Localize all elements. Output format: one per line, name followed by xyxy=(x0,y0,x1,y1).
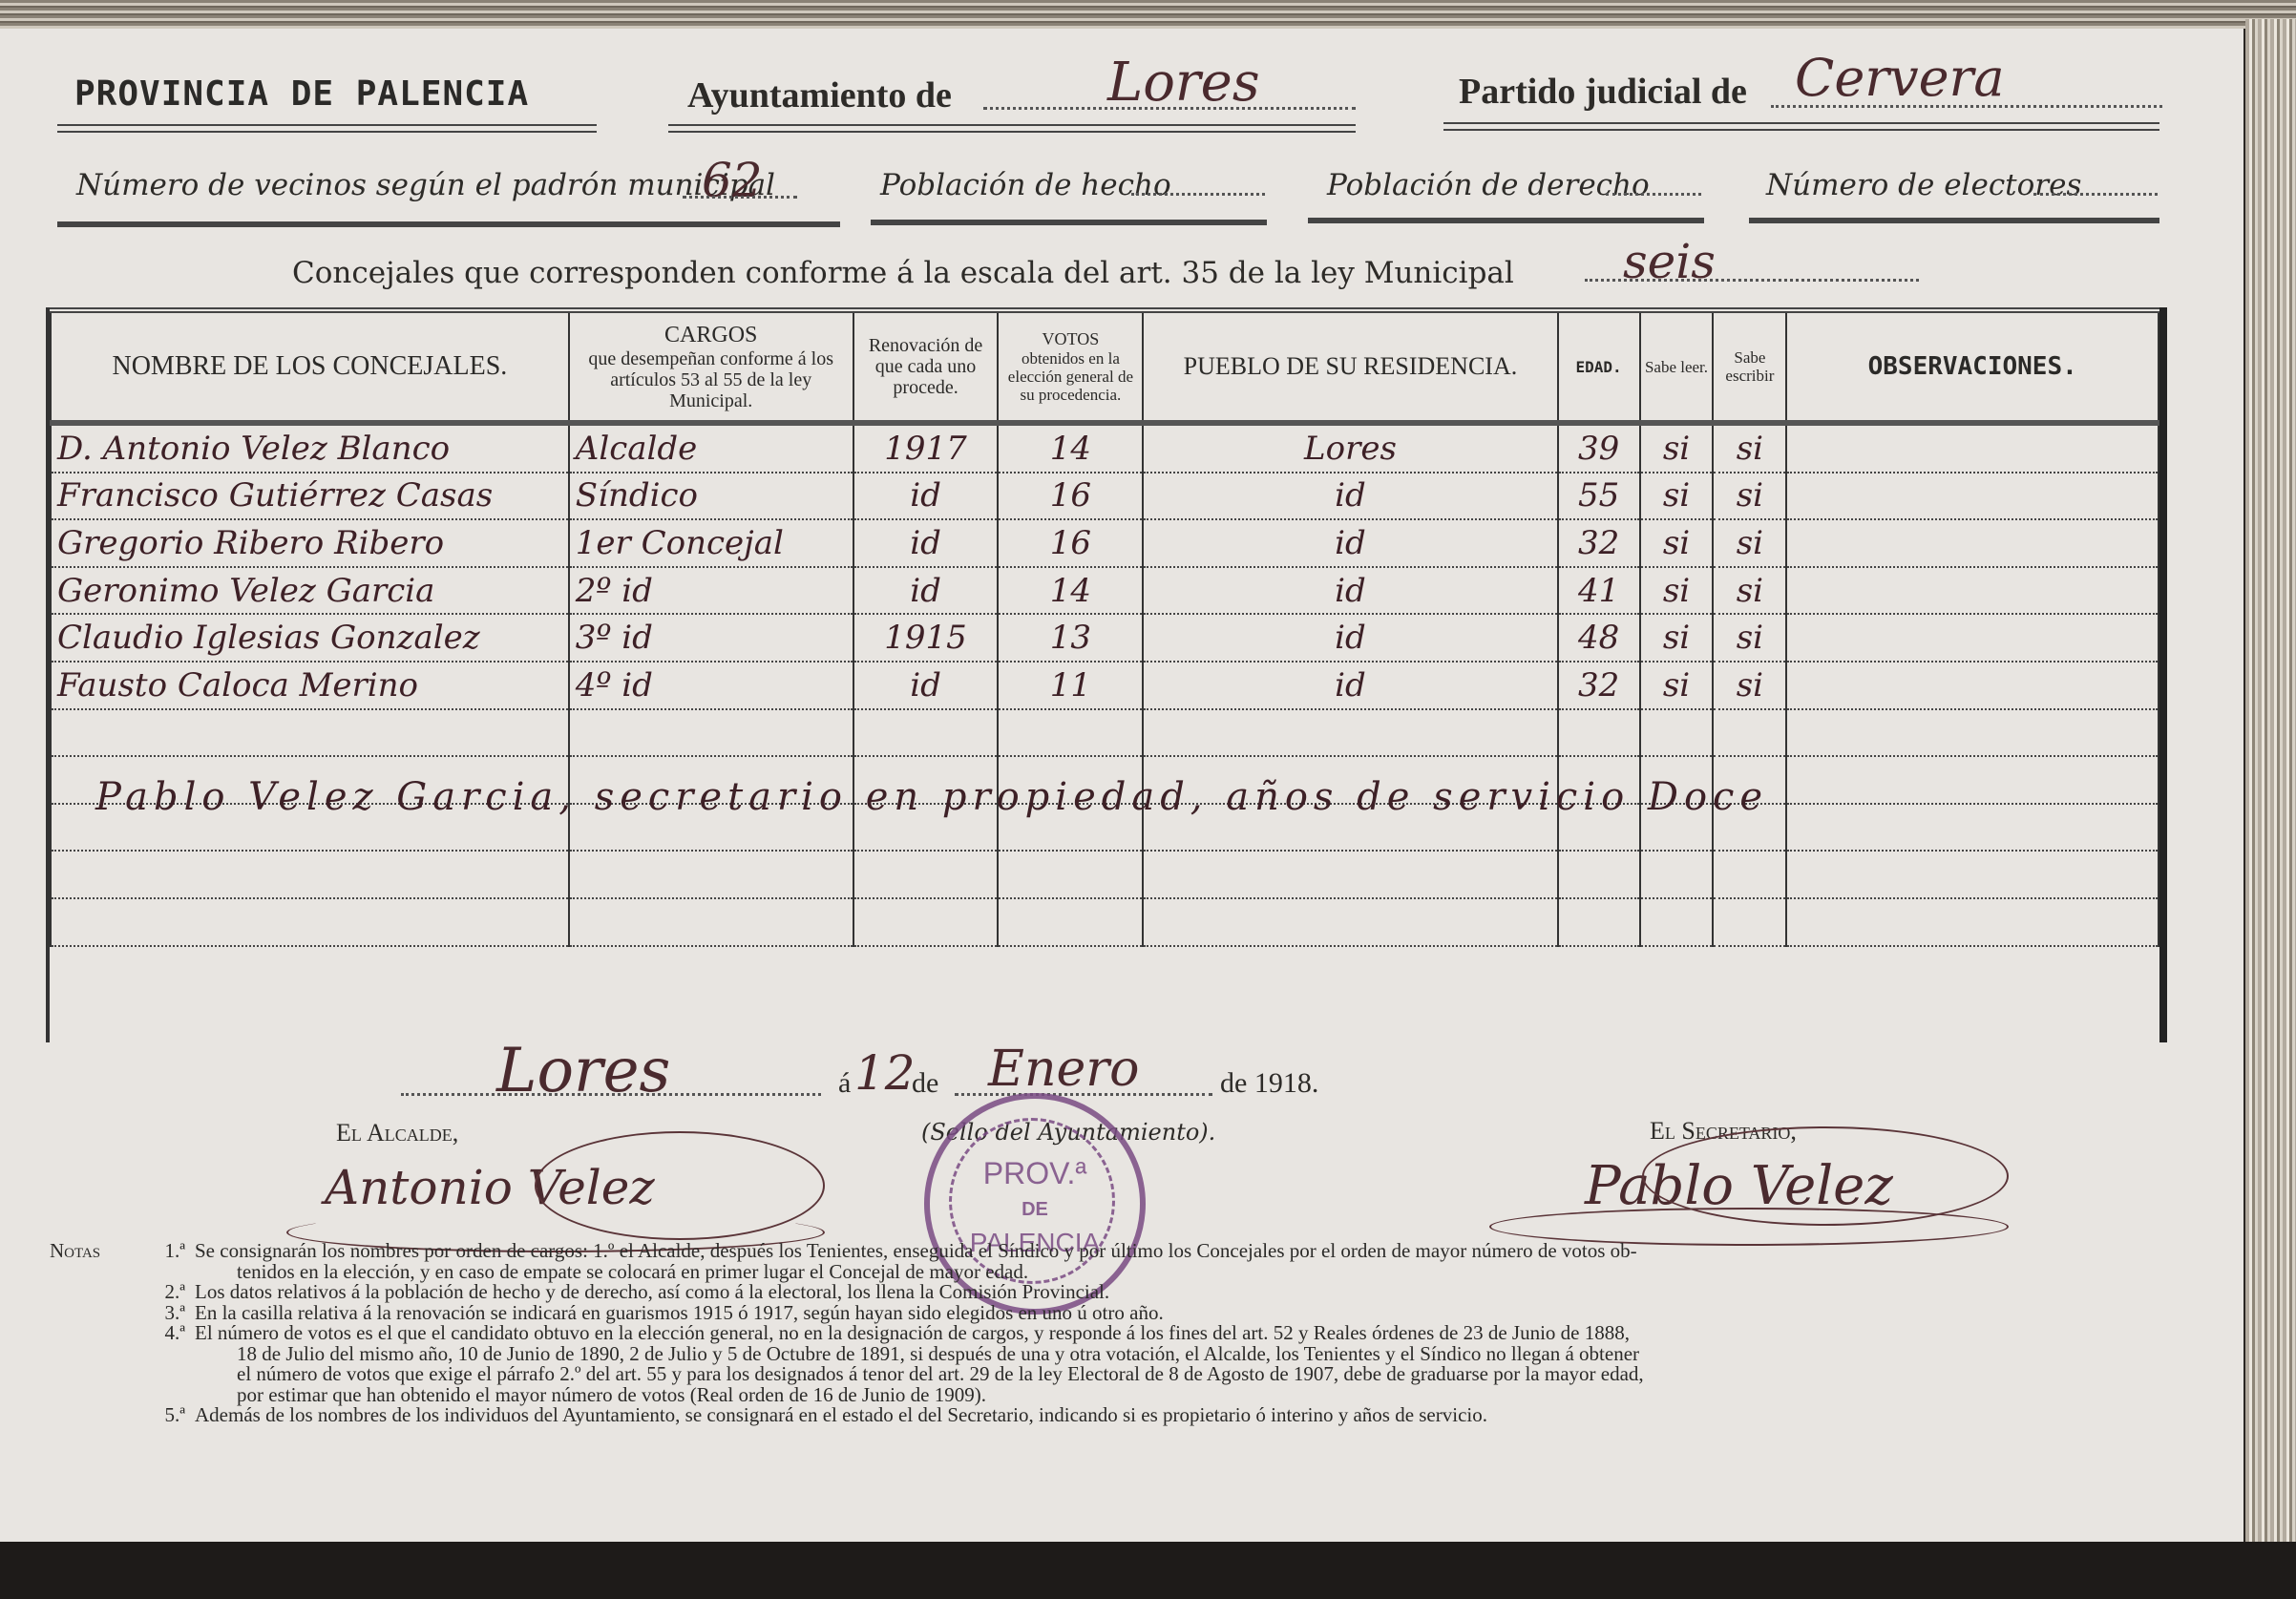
province-title: PROVINCIA DE PALENCIA xyxy=(74,74,529,114)
poblacion-hecho-field[interactable] xyxy=(1131,193,1265,196)
table-row: Geronimo Velez Garcia2º idid14id41sisi xyxy=(51,567,2159,615)
cell-escribir[interactable]: si xyxy=(1713,567,1786,615)
cell-nombre[interactable]: D. Antonio Velez Blanco xyxy=(51,423,569,473)
note-line: 4.ªEl número de votos es el que el candi… xyxy=(50,1323,2179,1344)
cell-renovacion[interactable]: id xyxy=(853,567,999,615)
cell-cargo[interactable]: 1er Concejal xyxy=(569,519,853,567)
cell-votos[interactable]: 11 xyxy=(998,662,1143,709)
cell-leer[interactable]: si xyxy=(1640,473,1714,520)
cell-leer[interactable]: si xyxy=(1640,662,1714,709)
table-row: Gregorio Ribero Ribero1er Concejalid16id… xyxy=(51,519,2159,567)
cell-pueblo[interactable]: id xyxy=(1143,614,1557,662)
cell-edad[interactable]: 48 xyxy=(1558,614,1640,662)
partido-judicial-label: Partido judicial de xyxy=(1459,71,1747,113)
divider xyxy=(57,221,840,227)
cell-leer[interactable]: si xyxy=(1640,519,1714,567)
stamp-line1: PROV.ª xyxy=(930,1156,1140,1191)
cell-nombre[interactable]: Claudio Iglesias Gonzalez xyxy=(51,614,569,662)
divider xyxy=(871,220,1267,225)
divider xyxy=(668,124,1356,133)
vecinos-label: Número de vecinos según el padrón munici… xyxy=(76,168,775,202)
col-header-nombre: NOMBRE DE LOS CONCEJALES. xyxy=(51,310,569,423)
col-sublabel: obtenidos en la elección general de su p… xyxy=(1000,349,1141,404)
cell-renovacion[interactable] xyxy=(853,851,999,898)
cell-cargo[interactable] xyxy=(569,851,853,898)
cell-nombre[interactable]: Geronimo Velez Garcia xyxy=(51,567,569,615)
col-label: OBSERVACIONES. xyxy=(1868,352,2077,381)
cell-observaciones[interactable] xyxy=(1786,662,2159,709)
note-text: el número de votos que exige el párrafo … xyxy=(237,1364,1644,1385)
cell-nombre[interactable]: Gregorio Ribero Ribero xyxy=(51,519,569,567)
cell-votos[interactable]: 14 xyxy=(998,423,1143,473)
col-label: Renovación de que cada uno procede. xyxy=(869,335,982,398)
notes-title xyxy=(50,1303,145,1324)
cell-renovacion[interactable]: 1915 xyxy=(853,614,999,662)
cell-observaciones[interactable] xyxy=(1786,473,2159,520)
note-text: Se consignarán los nombres por orden de … xyxy=(195,1241,1637,1262)
alcalde-flourish-loop xyxy=(535,1131,825,1240)
cell-edad[interactable] xyxy=(1558,709,1640,757)
date-a: á xyxy=(838,1067,851,1100)
table-row xyxy=(51,851,2159,898)
cell-leer[interactable] xyxy=(1640,898,1714,946)
cell-cargo[interactable] xyxy=(569,898,853,946)
cell-leer[interactable] xyxy=(1640,851,1714,898)
cell-escribir[interactable]: si xyxy=(1713,614,1786,662)
note-text: 18 de Julio del mismo año, 10 de Junio d… xyxy=(237,1344,1639,1365)
col-header-votos: VOTOS obtenidos en la elección general d… xyxy=(998,310,1143,423)
cell-votos[interactable]: 13 xyxy=(998,614,1143,662)
cell-nombre[interactable]: Francisco Gutiérrez Casas xyxy=(51,473,569,520)
cell-observaciones[interactable] xyxy=(1786,804,2159,852)
cell-escribir[interactable] xyxy=(1713,709,1786,757)
cell-escribir[interactable]: si xyxy=(1713,519,1786,567)
stamp-line2: DE xyxy=(930,1199,1140,1221)
table-row: Francisco Gutiérrez CasasSíndicoid16id55… xyxy=(51,473,2159,520)
ayuntamiento-label: Ayuntamiento de xyxy=(687,74,952,116)
col-header-sabe-escribir: Sabe escribir xyxy=(1713,310,1786,423)
cell-edad[interactable]: 39 xyxy=(1558,423,1640,473)
cell-observaciones[interactable] xyxy=(1786,519,2159,567)
date-day: 12 xyxy=(854,1045,916,1101)
date-place: Lores xyxy=(496,1036,670,1106)
cell-edad[interactable]: 32 xyxy=(1558,662,1640,709)
cell-renovacion[interactable]: id xyxy=(853,662,999,709)
col-header-edad: EDAD. xyxy=(1558,310,1640,423)
col-label: VOTOS xyxy=(1000,329,1141,349)
cell-cargo[interactable]: Síndico xyxy=(569,473,853,520)
secretary-note: Pablo Velez Garcia, secretario en propie… xyxy=(95,775,1768,819)
cell-cargo[interactable]: Alcalde xyxy=(569,423,853,473)
electores-label: Número de electores xyxy=(1766,168,2081,202)
note-line: Notas1.ªSe consignarán los nombres por o… xyxy=(50,1241,2179,1262)
col-header-cargos: CARGOS que desempeñan conforme á los art… xyxy=(569,310,853,423)
table-row: Claudio Iglesias Gonzalez3º id191513id48… xyxy=(51,614,2159,662)
date-year: de 1918. xyxy=(1220,1067,1318,1100)
cell-votos[interactable]: 14 xyxy=(998,567,1143,615)
cell-edad[interactable] xyxy=(1558,898,1640,946)
cell-votos[interactable]: 16 xyxy=(998,473,1143,520)
poblacion-hecho-label: Población de hecho xyxy=(880,168,1171,202)
cell-escribir[interactable]: si xyxy=(1713,662,1786,709)
cell-leer[interactable]: si xyxy=(1640,423,1714,473)
cell-pueblo[interactable]: id xyxy=(1143,519,1557,567)
cell-nombre[interactable]: Fausto Caloca Merino xyxy=(51,662,569,709)
cell-edad[interactable] xyxy=(1558,851,1640,898)
col-label: CARGOS xyxy=(571,323,852,348)
ayuntamiento-value: Lores xyxy=(1107,52,1260,114)
cell-observaciones[interactable] xyxy=(1786,898,2159,946)
book-page-stack xyxy=(2245,19,2296,1575)
cell-observaciones[interactable] xyxy=(1786,709,2159,757)
note-number: 2.ª xyxy=(145,1282,195,1303)
note-line: 2.ªLos datos relativos á la población de… xyxy=(50,1282,2179,1303)
table-row: Fausto Caloca Merino4º idid11id32sisi xyxy=(51,662,2159,709)
date-de: de xyxy=(912,1067,938,1100)
cell-pueblo[interactable] xyxy=(1143,898,1557,946)
col-label: Sabe leer. xyxy=(1645,358,1708,376)
note-text: En la casilla relativa á la renovación s… xyxy=(195,1303,1164,1324)
note-text: El número de votos es el que el candidat… xyxy=(195,1323,1630,1344)
cell-edad[interactable]: 55 xyxy=(1558,473,1640,520)
cell-votos[interactable] xyxy=(998,709,1143,757)
cell-nombre[interactable] xyxy=(51,851,569,898)
notes-title xyxy=(50,1323,145,1344)
divider xyxy=(1749,218,2159,223)
note-line: 5.ªAdemás de los nombres de los individu… xyxy=(50,1405,2179,1426)
col-header-renovacion: Renovación de que cada uno procede. xyxy=(853,310,999,423)
notes-title xyxy=(50,1405,145,1426)
cell-cargo[interactable]: 3º id xyxy=(569,614,853,662)
note-number: 1.ª xyxy=(145,1241,195,1262)
cell-edad[interactable]: 41 xyxy=(1558,567,1640,615)
col-header-observaciones: OBSERVACIONES. xyxy=(1786,310,2159,423)
col-label: EDAD. xyxy=(1575,358,1621,376)
note-line: 18 de Julio del mismo año, 10 de Junio d… xyxy=(50,1344,2179,1365)
cell-renovacion[interactable]: id xyxy=(853,519,999,567)
note-text: tenidos en la elección, y en caso de emp… xyxy=(237,1262,1028,1283)
cell-leer[interactable]: si xyxy=(1640,567,1714,615)
concejales-value: seis xyxy=(1623,234,1716,289)
table-row xyxy=(51,709,2159,757)
cell-observaciones[interactable] xyxy=(1786,851,2159,898)
cell-votos[interactable] xyxy=(998,851,1143,898)
cell-cargo[interactable] xyxy=(569,709,853,757)
col-header-pueblo: PUEBLO DE SU RESIDENCIA. xyxy=(1143,310,1557,423)
col-sublabel: que desempeñan conforme á los artículos … xyxy=(571,348,852,411)
divider xyxy=(57,124,597,133)
cell-pueblo[interactable]: id xyxy=(1143,567,1557,615)
vecinos-value: 62 xyxy=(702,153,763,208)
cell-observaciones[interactable] xyxy=(1786,614,2159,662)
notes-section: Notas1.ªSe consignarán los nombres por o… xyxy=(50,1241,2179,1426)
cell-renovacion[interactable]: 1917 xyxy=(853,423,999,473)
cell-renovacion[interactable] xyxy=(853,898,999,946)
cell-pueblo[interactable] xyxy=(1143,851,1557,898)
notes-title xyxy=(50,1282,145,1303)
poblacion-derecho-field[interactable] xyxy=(1606,193,1701,196)
cell-votos[interactable] xyxy=(998,898,1143,946)
col-header-sabe-leer: Sabe leer. xyxy=(1640,310,1714,423)
cell-pueblo[interactable] xyxy=(1143,709,1557,757)
table-row xyxy=(51,898,2159,946)
cell-escribir[interactable]: si xyxy=(1713,473,1786,520)
divider xyxy=(1443,122,2159,131)
note-number: 3.ª xyxy=(145,1303,195,1324)
cell-escribir[interactable] xyxy=(1713,851,1786,898)
cell-pueblo[interactable]: id xyxy=(1143,473,1557,520)
cell-renovacion[interactable]: id xyxy=(853,473,999,520)
concejales-label: Concejales que corresponden conforme á l… xyxy=(292,256,1514,290)
cell-cargo[interactable]: 2º id xyxy=(569,567,853,615)
alcalde-label: El Alcalde, xyxy=(336,1119,458,1147)
notes-title: Notas xyxy=(50,1241,145,1262)
date-month: Enero xyxy=(988,1041,1139,1098)
note-number: 4.ª xyxy=(145,1323,195,1344)
cell-leer[interactable] xyxy=(1640,709,1714,757)
vecinos-field[interactable] xyxy=(683,196,797,199)
background-shadow xyxy=(0,1542,2296,1599)
divider xyxy=(1308,218,1704,223)
cell-cargo[interactable]: 4º id xyxy=(569,662,853,709)
note-line: por estimar que han obtenido el mayor nú… xyxy=(50,1385,2179,1406)
cell-observaciones[interactable] xyxy=(1786,756,2159,804)
cell-leer[interactable]: si xyxy=(1640,614,1714,662)
partido-judicial-value: Cervera xyxy=(1795,48,2005,108)
cell-nombre[interactable] xyxy=(51,898,569,946)
note-line: tenidos en la elección, y en caso de emp… xyxy=(50,1262,2179,1283)
concejales-table: NOMBRE DE LOS CONCEJALES. CARGOS que des… xyxy=(50,307,2159,947)
cell-escribir[interactable]: si xyxy=(1713,423,1786,473)
note-number: 5.ª xyxy=(145,1405,195,1426)
electores-field[interactable] xyxy=(2033,193,2158,196)
secretario-flourish-loop xyxy=(1642,1126,2009,1226)
cell-pueblo[interactable]: Lores xyxy=(1143,423,1557,473)
cell-observaciones[interactable] xyxy=(1786,567,2159,615)
note-text: por estimar que han obtenido el mayor nú… xyxy=(237,1385,986,1406)
cell-renovacion[interactable] xyxy=(853,709,999,757)
cell-votos[interactable]: 16 xyxy=(998,519,1143,567)
col-label: NOMBRE DE LOS CONCEJALES. xyxy=(112,351,507,381)
cell-escribir[interactable] xyxy=(1713,898,1786,946)
table-frame-right xyxy=(2159,307,2167,1042)
col-label: Sabe escribir xyxy=(1725,348,1774,385)
note-text: Además de los nombres de los individuos … xyxy=(195,1405,1487,1426)
col-label: PUEBLO DE SU RESIDENCIA. xyxy=(1184,352,1518,380)
cell-pueblo[interactable]: id xyxy=(1143,662,1557,709)
poblacion-derecho-label: Población de derecho xyxy=(1327,168,1650,202)
book-edge-top xyxy=(0,0,2296,29)
note-text: Los datos relativos á la población de he… xyxy=(195,1282,1109,1303)
cell-nombre[interactable] xyxy=(51,709,569,757)
note-line: el número de votos que exige el párrafo … xyxy=(50,1364,2179,1385)
table-row: D. Antonio Velez BlancoAlcalde191714Lore… xyxy=(51,423,2159,473)
cell-observaciones[interactable] xyxy=(1786,423,2159,473)
note-line: 3.ªEn la casilla relativa á la renovació… xyxy=(50,1303,2179,1324)
table-header-row: NOMBRE DE LOS CONCEJALES. CARGOS que des… xyxy=(51,310,2159,423)
cell-edad[interactable]: 32 xyxy=(1558,519,1640,567)
